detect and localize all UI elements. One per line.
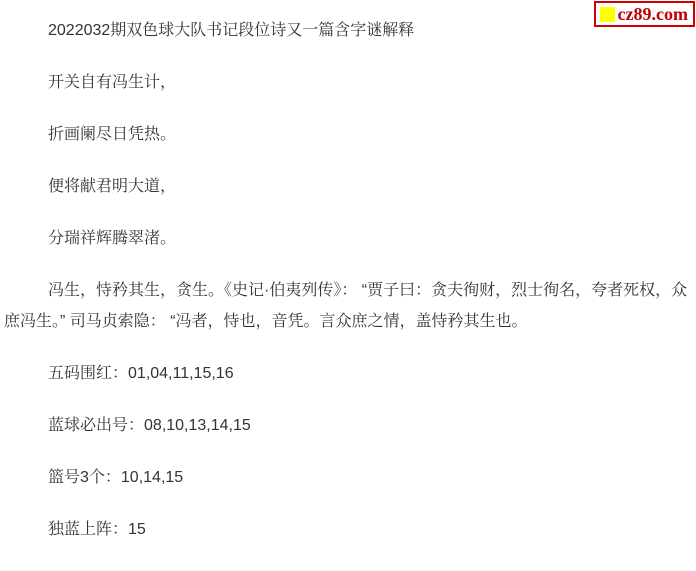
article-page: cz89.com 2022032期双色球大队书记段位诗又一篇含字谜解释 开关自有…: [0, 0, 696, 571]
article-content: 2022032期双色球大队书记段位诗又一篇含字谜解释 开关自有冯生计， 折画阑尽…: [0, 15, 696, 545]
prediction-label: 五码围红：: [48, 365, 128, 382]
poem-line-4: 分瑞祥辉腾翠渚。: [4, 223, 692, 254]
prediction-label: 篮号3个：: [48, 469, 121, 486]
prediction-numbers: 01,04,11,15,16: [128, 365, 234, 382]
site-logo[interactable]: cz89.com: [594, 1, 695, 27]
explanation-paragraph: 冯生，恃矜其生，贪生。《史记·伯夷列传》： “贾子曰：贪夫徇财，烈士徇名，夸者死…: [4, 275, 692, 337]
prediction-numbers: 08,10,13,14,15: [144, 417, 251, 434]
prediction-numbers: 15: [128, 521, 146, 538]
poem-line-3: 便将献君明大道，: [4, 171, 692, 202]
prediction-line-red: 五码围红：01,04,11,15,16: [4, 358, 692, 389]
poem-line-1: 开关自有冯生计，: [4, 67, 692, 98]
prediction-label: 独蓝上阵：: [48, 521, 128, 538]
prediction-label: 蓝球必出号：: [48, 417, 144, 434]
prediction-numbers: 10,14,15: [121, 469, 183, 486]
poem-line-2: 折画阑尽日凭热。: [4, 119, 692, 150]
logo-text: cz89.com: [618, 5, 688, 23]
logo-square-icon: [600, 7, 615, 22]
article-title: 2022032期双色球大队书记段位诗又一篇含字谜解释: [4, 15, 692, 46]
prediction-line-blue-must: 蓝球必出号：08,10,13,14,15: [4, 410, 692, 441]
prediction-line-single-blue: 独蓝上阵：15: [4, 514, 692, 545]
prediction-line-blue-three: 篮号3个：10,14,15: [4, 462, 692, 493]
